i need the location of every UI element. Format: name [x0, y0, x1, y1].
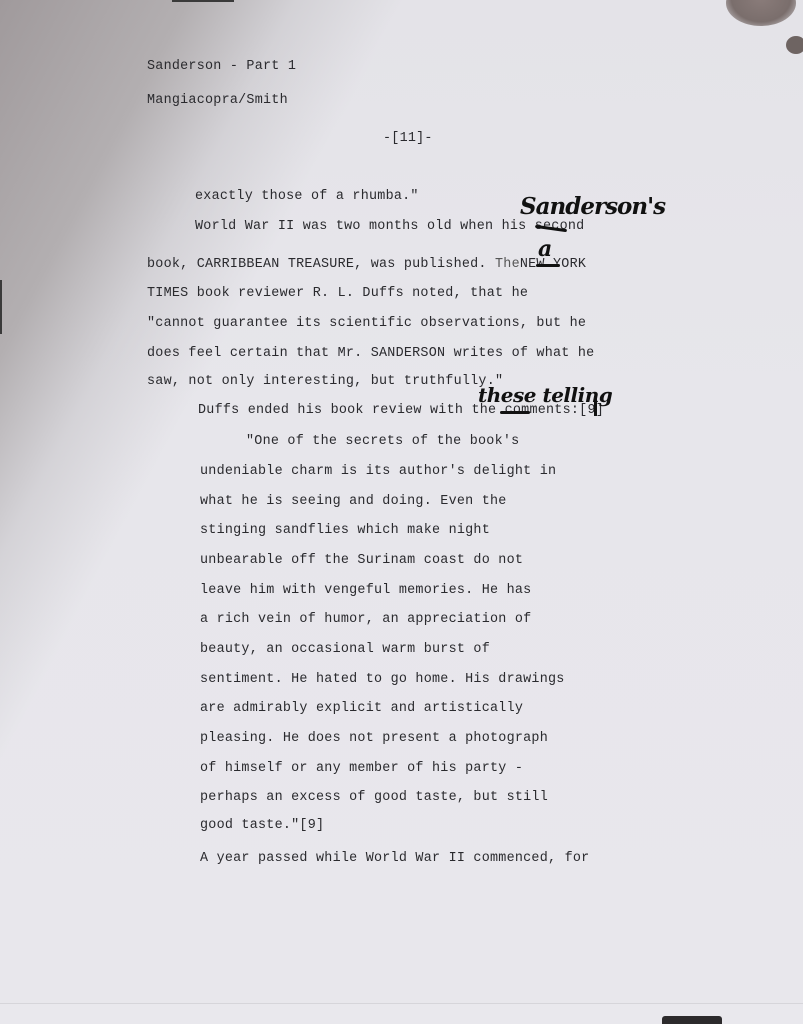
top-edge-mark: [172, 0, 234, 2]
quote-line-10: are admirably explicit and artistically: [200, 701, 523, 717]
body-line-6: does feel certain that Mr. SANDERSON wri…: [147, 346, 594, 362]
quote-line-8: beauty, an occasional warm burst of: [200, 642, 490, 658]
quote-line-7: a rich vein of humor, an appreciation of: [200, 612, 531, 628]
bottom-dark-object: [662, 1016, 722, 1024]
strikethrough-the-2: [500, 411, 530, 414]
left-edge-mark: [0, 280, 2, 334]
body-line-3-start: book, CARRIBBEAN TREASURE, was published…: [147, 257, 495, 272]
document-title: Sanderson - Part 1: [147, 59, 296, 75]
quote-line-11: pleasing. He does not present a photogra…: [200, 731, 548, 747]
quote-line-5: unbearable off the Surinam coast do not: [200, 553, 523, 569]
closing-line: A year passed while World War II commenc…: [200, 851, 589, 867]
struck-word-the: The: [495, 257, 520, 272]
quote-line-1: "One of the secrets of the book's: [246, 434, 519, 450]
quote-line-14: good taste."[9]: [200, 818, 324, 834]
handwritten-these-telling: these telling: [478, 383, 612, 407]
handwritten-sandersons: Sanderson's: [520, 193, 665, 220]
quote-line-6: leave him with vengeful memories. He has: [200, 583, 531, 599]
strikethrough-the-1: [536, 264, 560, 267]
quote-line-4: stinging sandflies which make night: [200, 523, 490, 539]
body-line-3: book, CARRIBBEAN TREASURE, was published…: [147, 257, 586, 273]
finger-tip: [786, 36, 803, 54]
insertion-mark: [594, 396, 597, 416]
quote-line-9: sentiment. He hated to go home. His draw…: [200, 672, 565, 688]
scanned-page: [0, 0, 803, 1024]
body-line-1: exactly those of a rhumba.": [195, 189, 419, 205]
quote-line-3: what he is seeing and doing. Even the: [200, 494, 507, 510]
handwritten-a: a: [538, 236, 552, 262]
page-number: -[11]-: [383, 131, 433, 147]
quote-line-2: undeniable charm is its author's delight…: [200, 464, 556, 480]
body-line-8-start: Duffs ended his book review with: [198, 403, 471, 418]
body-line-4: TIMES book reviewer R. L. Duffs noted, t…: [147, 286, 528, 302]
body-line-2-start: World War II was two months old when: [195, 219, 502, 234]
body-line-2: World War II was two months old when his…: [195, 219, 584, 235]
struck-word-his: his: [502, 219, 527, 234]
body-line-7: saw, not only interesting, but truthfull…: [147, 374, 503, 390]
document-authors: Mangiacopra/Smith: [147, 93, 288, 109]
quote-line-12: of himself or any member of his party -: [200, 761, 523, 777]
quote-line-13: perhaps an excess of good taste, but sti…: [200, 790, 548, 806]
body-line-5: "cannot guarantee its scientific observa…: [147, 316, 586, 332]
